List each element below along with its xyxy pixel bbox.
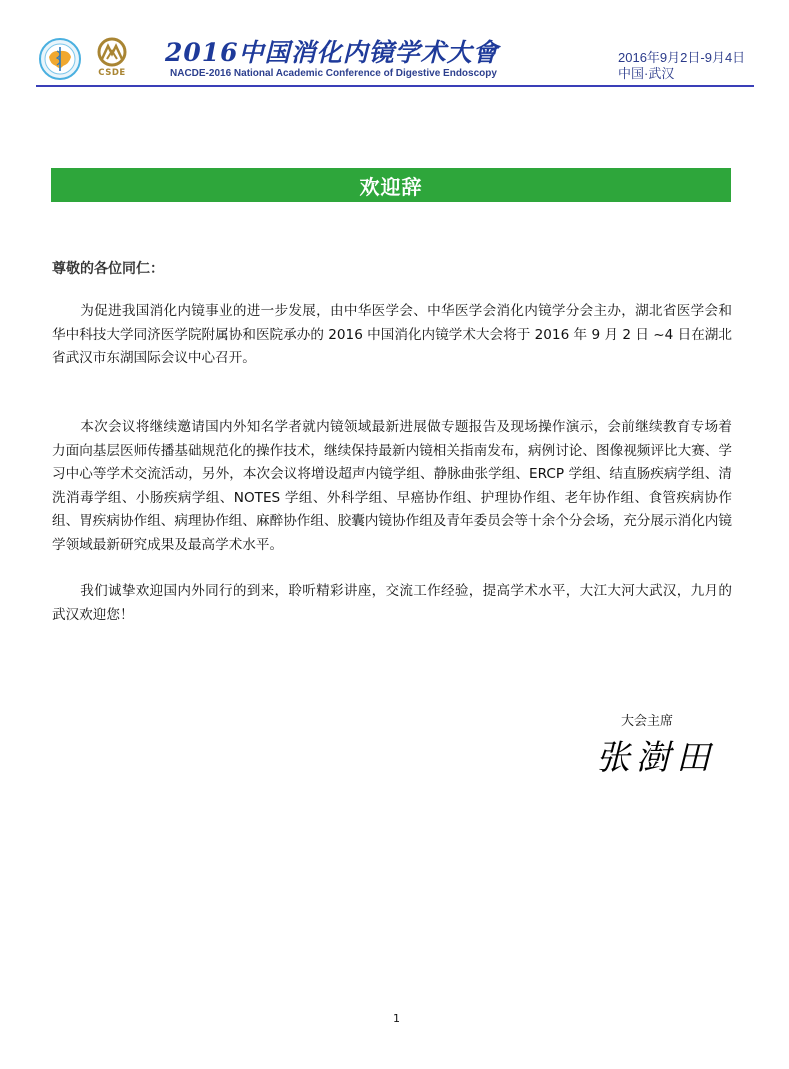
section-banner: 欢迎辞 [51,168,731,202]
salutation: 尊敬的各位同仁： [52,258,164,278]
paragraph-1: 为促进我国消化内镜事业的进一步发展，由中华医学会、中华医学会消化内镜学分会主办，… [52,300,732,371]
paragraph-2-text: 本次会议将继续邀请国内外知名学者就内镜领域最新进展做专题报告及现场操作演示，会前… [52,419,732,553]
paragraph-3: 我们诚挚欢迎国内外同行的到来，聆听精彩讲座，交流工作经验，提高学术水平，大江大河… [52,580,732,627]
csde-logo-text: CSDE [93,68,131,78]
signature: 张澍田 [596,730,716,779]
paragraph-3-text: 我们诚挚欢迎国内外同行的到来，聆听精彩讲座，交流工作经验，提高学术水平，大江大河… [52,583,732,623]
csde-emblem-icon: CSDE [93,37,131,81]
closing-title: 大会主席 [621,710,673,729]
conference-title-en: NACDE-2016 National Academic Conference … [170,68,497,79]
conference-title-cn: 2016中国消化内镜学术大會 [165,33,499,69]
cma-society-emblem-icon [38,37,82,81]
paragraph-2: 本次会议将继续邀请国内外知名学者就内镜领域最新进展做专题报告及现场操作演示，会前… [52,416,732,557]
page-number: 1 [393,1012,400,1025]
banner-title: 欢迎辞 [360,171,423,200]
conference-location: 中国·武汉 [618,63,674,82]
header-divider [36,85,754,87]
paragraph-1-text: 为促进我国消化内镜事业的进一步发展，由中华医学会、中华医学会消化内镜学分会主办，… [52,303,732,366]
